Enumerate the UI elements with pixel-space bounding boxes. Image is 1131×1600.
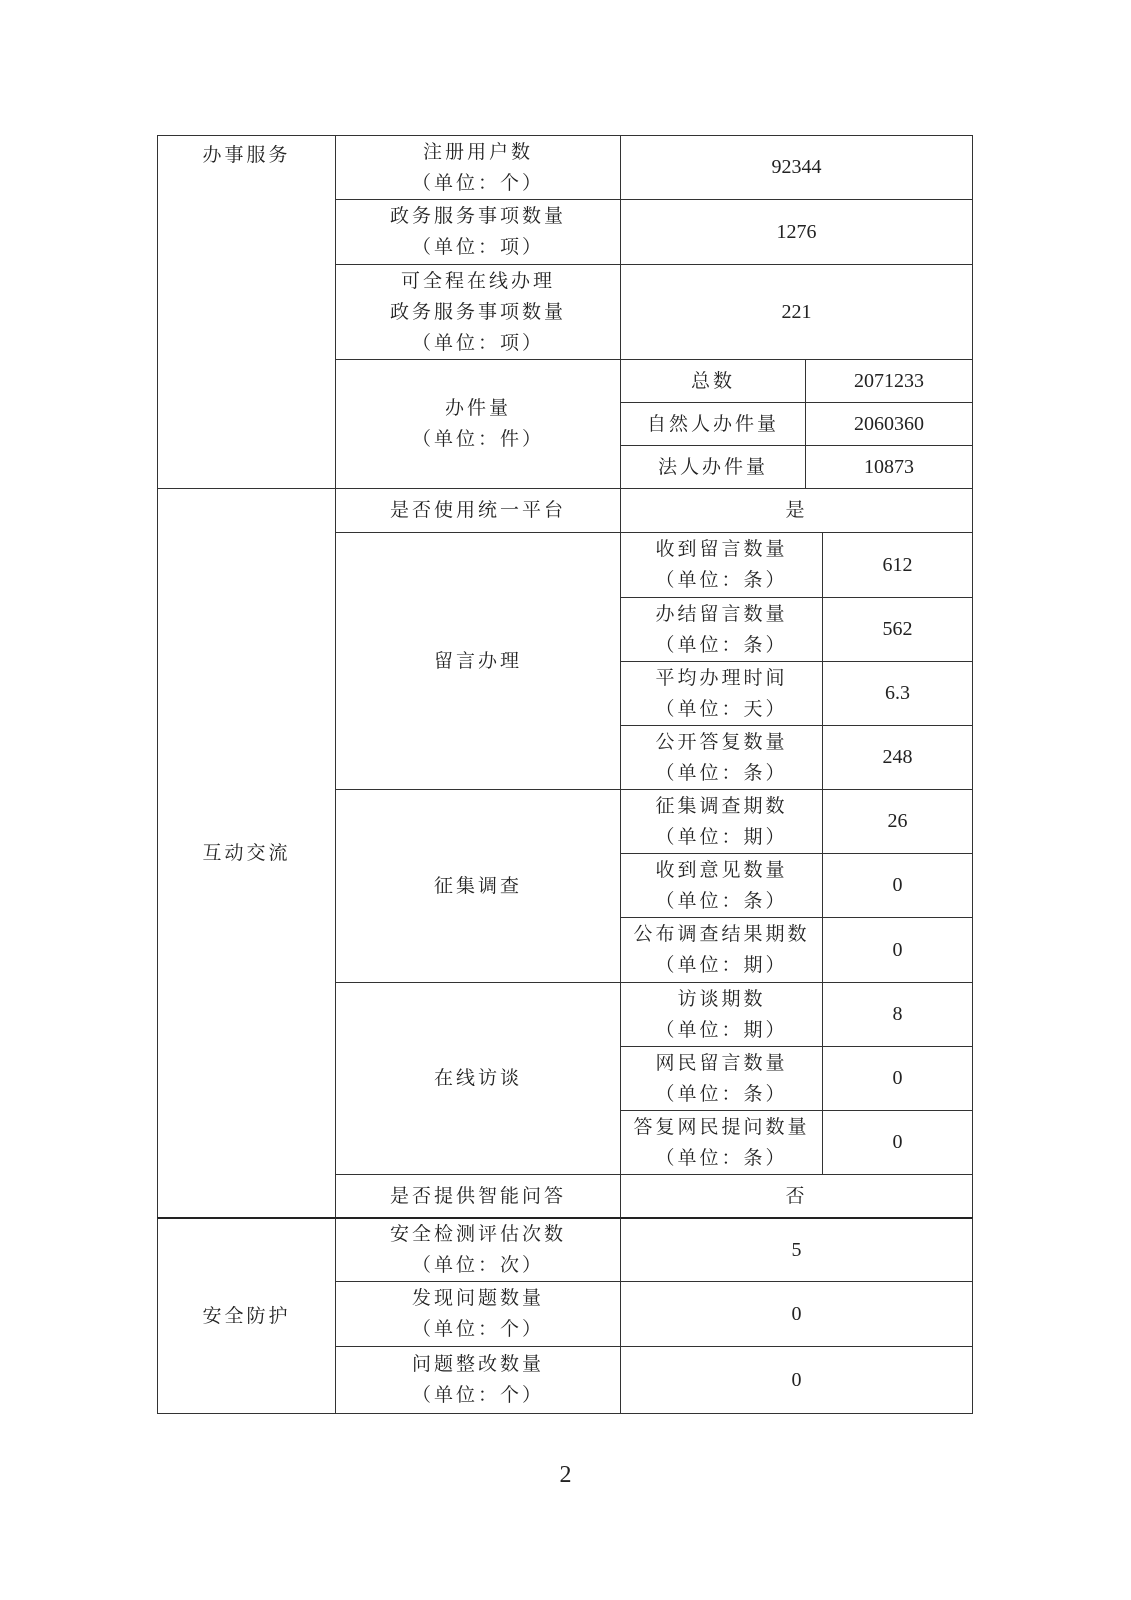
interviews-answers-value: 0 <box>822 1110 973 1175</box>
service-items-label: 政务服务事项数量 （单位：项） <box>335 199 621 265</box>
service-items-value: 1276 <box>620 199 973 265</box>
messages-group-label: 留言办理 <box>335 532 621 790</box>
page-number: 2 <box>0 1462 1131 1489</box>
cases-legal-label: 法人办件量 <box>620 445 806 489</box>
issues-fixed-label: 问题整改数量 （单位：个） <box>335 1346 621 1414</box>
surveys-group-label: 征集调查 <box>335 789 621 983</box>
messages-avg-time-value: 6.3 <box>822 661 973 726</box>
messages-public-replies-value: 248 <box>822 725 973 790</box>
messages-closed-label: 办结留言数量 （单位：条） <box>620 597 823 662</box>
section-interaction-label: 互动交流 <box>157 488 336 1218</box>
surveys-opinions-label: 收到意见数量 （单位：条） <box>620 853 823 918</box>
issues-found-value: 0 <box>620 1281 973 1347</box>
surveys-periods-label: 征集调查期数 （单位：期） <box>620 789 823 854</box>
section-security-label: 安全防护 <box>157 1217 336 1414</box>
section-service-label: 办事服务 <box>157 135 336 489</box>
surveys-results-label: 公布调查结果期数 （单位：期） <box>620 917 823 983</box>
cases-total-label: 总数 <box>620 359 806 403</box>
messages-public-replies-label: 公开答复数量 （单位：条） <box>620 725 823 790</box>
cases-natural-label: 自然人办件量 <box>620 402 806 446</box>
registered-users-label: 注册用户数 （单位：个） <box>335 135 621 200</box>
smart-qa-label: 是否提供智能问答 <box>335 1174 621 1218</box>
unified-platform-value: 是 <box>620 488 973 533</box>
smart-qa-value: 否 <box>620 1174 973 1218</box>
interviews-group-label: 在线访谈 <box>335 982 621 1175</box>
issues-found-label: 发现问题数量 （单位：个） <box>335 1281 621 1347</box>
cases-label: 办件量 （单位：件） <box>335 359 621 489</box>
assessments-label: 安全检测评估次数 （单位：次） <box>335 1217 621 1282</box>
interviews-netizen-messages-label: 网民留言数量 （单位：条） <box>620 1046 823 1111</box>
cases-natural-value: 2060360 <box>805 402 973 446</box>
messages-avg-time-label: 平均办理时间 （单位：天） <box>620 661 823 726</box>
issues-fixed-value: 0 <box>620 1346 973 1414</box>
interviews-answers-label: 答复网民提问数量 （单位：条） <box>620 1110 823 1175</box>
surveys-periods-value: 26 <box>822 789 973 854</box>
interviews-periods-label: 访谈期数 （单位：期） <box>620 982 823 1047</box>
interviews-periods-value: 8 <box>822 982 973 1047</box>
surveys-results-value: 0 <box>822 917 973 983</box>
messages-received-label: 收到留言数量 （单位：条） <box>620 532 823 598</box>
interviews-netizen-messages-value: 0 <box>822 1046 973 1111</box>
cases-legal-value: 10873 <box>805 445 973 489</box>
surveys-opinions-value: 0 <box>822 853 973 918</box>
messages-received-value: 612 <box>822 532 973 598</box>
unified-platform-label: 是否使用统一平台 <box>335 488 621 533</box>
assessments-value: 5 <box>620 1217 973 1282</box>
messages-closed-value: 562 <box>822 597 973 662</box>
online-items-value: 221 <box>620 264 973 360</box>
registered-users-value: 92344 <box>620 135 973 200</box>
cases-total-value: 2071233 <box>805 359 973 403</box>
online-items-label: 可全程在线办理 政务服务事项数量 （单位：项） <box>335 264 621 360</box>
